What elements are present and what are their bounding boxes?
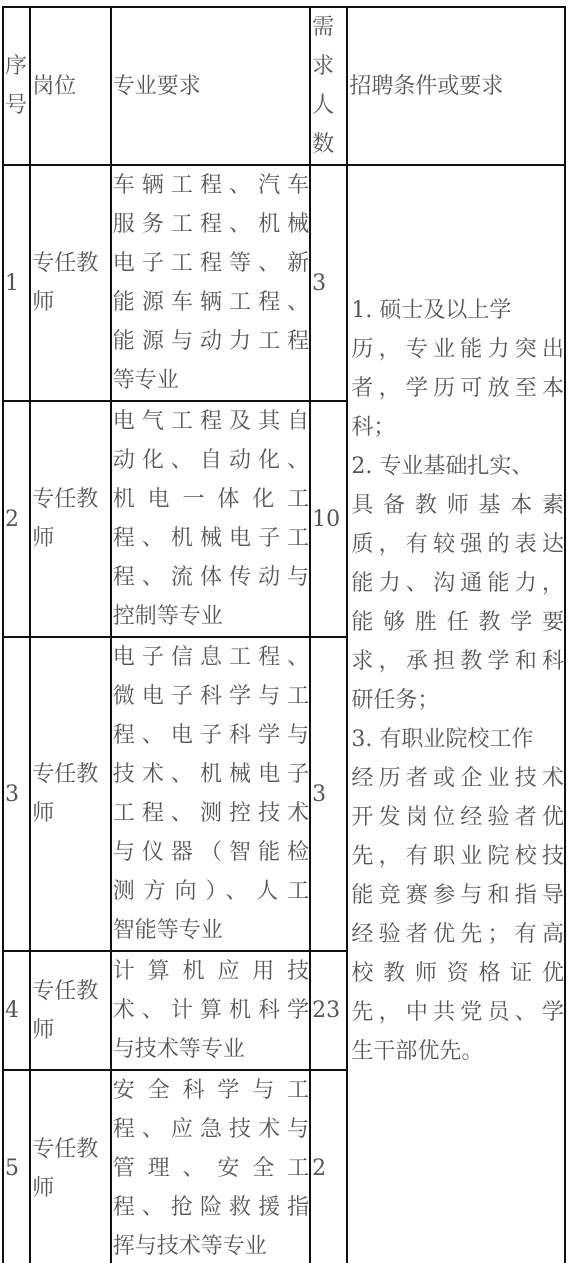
row-seq: 2 <box>3 401 30 637</box>
major-line: 技术、机械电子 <box>113 755 309 794</box>
row-major: 电气工程及其自 动化、自动化、 机电一体化工 程、机械电子工 程、流体传动与 控… <box>111 401 310 637</box>
row-count: 23 <box>310 951 347 1070</box>
major-line: 程、电子科学与 <box>113 716 309 755</box>
header-count: 需 求 人 数 <box>310 7 347 165</box>
position-line: 专任教 <box>32 972 110 1011</box>
major-line: 程、应急技术与 <box>113 1110 309 1149</box>
row-seq: 4 <box>3 951 30 1070</box>
conditions-line: 能竞赛参与和指导 <box>351 876 564 915</box>
conditions-cell: 1. 硕士及以上学 历，专业能力突出 者，学历可放至本 科； 2. 专业基础扎实… <box>347 165 565 1263</box>
header-seq: 序 号 <box>3 7 30 165</box>
major-line: 程、抢险救援指 <box>113 1188 309 1227</box>
major-line: 程、机械电子工 <box>113 519 309 558</box>
major-line: 能源与动力工程 <box>113 322 309 361</box>
row-position: 专任教 师 <box>30 637 111 951</box>
major-line: 计算机应用技 <box>113 952 309 991</box>
major-line: 车辆工程、汽车 <box>113 166 309 205</box>
position-line: 专任教 <box>32 755 110 794</box>
row-count: 3 <box>310 637 347 951</box>
recruitment-table: 序 号 岗位 专业要求 需 求 人 数 招聘条件或要求 1 专任教 师 车辆工程… <box>2 6 566 1263</box>
major-line: 管理、安全工 <box>113 1149 309 1188</box>
conditions-line: 能够胜任教学要 <box>351 603 564 642</box>
position-line: 师 <box>32 1169 110 1208</box>
conditions-line: 求，承担教学和科 <box>351 642 564 681</box>
conditions-line: 经验者优先；有高 <box>351 915 564 954</box>
conditions-line: 能力、沟通能力， <box>351 564 564 603</box>
row-seq: 1 <box>3 165 30 401</box>
major-line: 电气工程及其自 <box>113 402 309 441</box>
row-count: 3 <box>310 165 347 401</box>
position-line: 专任教 <box>32 1130 110 1169</box>
row-seq: 5 <box>3 1070 30 1263</box>
major-line: 测方向）、人工 <box>113 872 309 911</box>
major-line: 与仪器（智能检 <box>113 833 309 872</box>
major-line: 等专业 <box>113 361 309 400</box>
header-count-line: 求 <box>312 47 346 86</box>
position-line: 师 <box>32 519 110 558</box>
major-line: 与技术等专业 <box>113 1030 309 1069</box>
major-line: 程、流体传动与 <box>113 558 309 597</box>
major-line: 电子信息工程、 <box>113 638 309 677</box>
row-position: 专任教 师 <box>30 1070 111 1263</box>
conditions-line: 者，学历可放至本 <box>351 369 564 408</box>
row-major: 计算机应用技 术、计算机科学 与技术等专业 <box>111 951 310 1070</box>
major-line: 微电子科学与工 <box>113 677 309 716</box>
conditions-line: 2. 专业基础扎实、 <box>351 447 564 486</box>
row-position: 专任教 师 <box>30 951 111 1070</box>
header-conditions: 招聘条件或要求 <box>347 7 565 165</box>
conditions-line: 生干部优先。 <box>351 1032 564 1071</box>
major-line: 智能等专业 <box>113 911 309 950</box>
conditions-line: 开发岗位经验者优 <box>351 798 564 837</box>
header-seq-line: 序 <box>5 47 29 86</box>
major-line: 机电一体化工 <box>113 480 309 519</box>
conditions-line: 历，专业能力突出 <box>351 330 564 369</box>
conditions-line: 先，中共党员、学 <box>351 993 564 1032</box>
major-line: 动化、自动化、 <box>113 441 309 480</box>
conditions-line: 具备教师基本素 <box>351 486 564 525</box>
conditions-line: 1. 硕士及以上学 <box>351 291 564 330</box>
position-line: 师 <box>32 794 110 833</box>
header-count-line: 需 <box>312 8 346 47</box>
table-row: 1 专任教 师 车辆工程、汽车 服务工程、机械 电子工程等、新 能源车辆工程、 … <box>3 165 565 401</box>
conditions-line: 研任务； <box>351 681 564 720</box>
header-position: 岗位 <box>30 7 111 165</box>
major-line: 安全科学与工 <box>113 1071 309 1110</box>
major-line: 服务工程、机械 <box>113 205 309 244</box>
major-line: 电子工程等、新 <box>113 244 309 283</box>
row-position: 专任教 师 <box>30 401 111 637</box>
header-count-line: 人 <box>312 86 346 125</box>
header-major: 专业要求 <box>111 7 310 165</box>
position-line: 师 <box>32 1011 110 1050</box>
row-count: 10 <box>310 401 347 637</box>
conditions-line: 3. 有职业院校工作 <box>351 720 564 759</box>
major-line: 挥与技术等专业 <box>113 1227 309 1263</box>
major-line: 能源车辆工程、 <box>113 283 309 322</box>
position-line: 专任教 <box>32 480 110 519</box>
conditions-line: 先，有职业院校技 <box>351 837 564 876</box>
major-line: 术、计算机科学 <box>113 991 309 1030</box>
conditions-line: 科； <box>351 408 564 447</box>
table-header-row: 序 号 岗位 专业要求 需 求 人 数 招聘条件或要求 <box>3 7 565 165</box>
conditions-line: 质，有较强的表达 <box>351 525 564 564</box>
header-count-line: 数 <box>312 125 346 164</box>
row-major: 车辆工程、汽车 服务工程、机械 电子工程等、新 能源车辆工程、 能源与动力工程 … <box>111 165 310 401</box>
conditions-line: 校教师资格证优 <box>351 954 564 993</box>
major-line: 控制等专业 <box>113 597 309 636</box>
position-line: 专任教 <box>32 244 110 283</box>
header-seq-line: 号 <box>5 86 29 125</box>
row-major: 电子信息工程、 微电子科学与工 程、电子科学与 技术、机械电子 工程、测控技术 … <box>111 637 310 951</box>
position-line: 师 <box>32 283 110 322</box>
row-major: 安全科学与工 程、应急技术与 管理、安全工 程、抢险救援指 挥与技术等专业 <box>111 1070 310 1263</box>
row-position: 专任教 师 <box>30 165 111 401</box>
row-count: 2 <box>310 1070 347 1263</box>
conditions-line: 经历者或企业技术 <box>351 759 564 798</box>
major-line: 工程、测控技术 <box>113 794 309 833</box>
row-seq: 3 <box>3 637 30 951</box>
